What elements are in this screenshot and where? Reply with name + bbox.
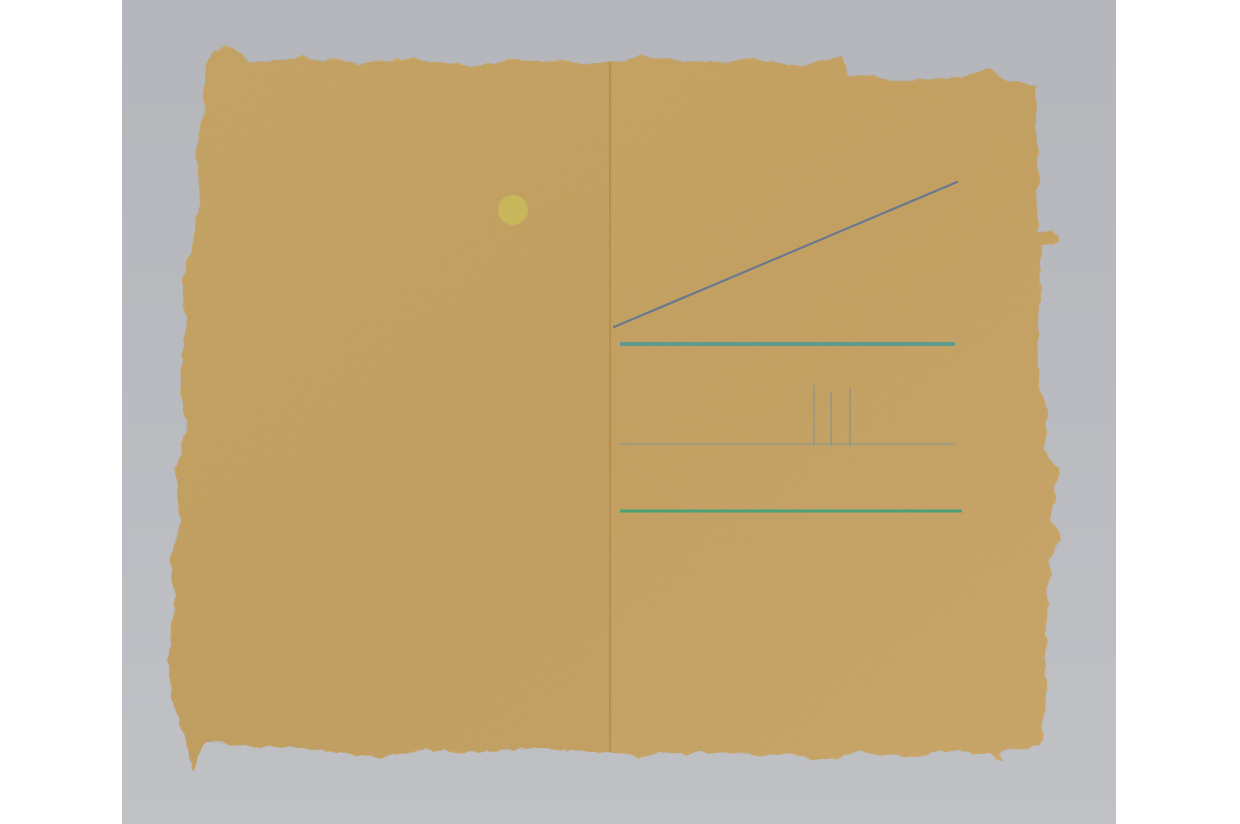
yellow-dot [498, 195, 528, 225]
artwork-paper [0, 0, 1240, 824]
